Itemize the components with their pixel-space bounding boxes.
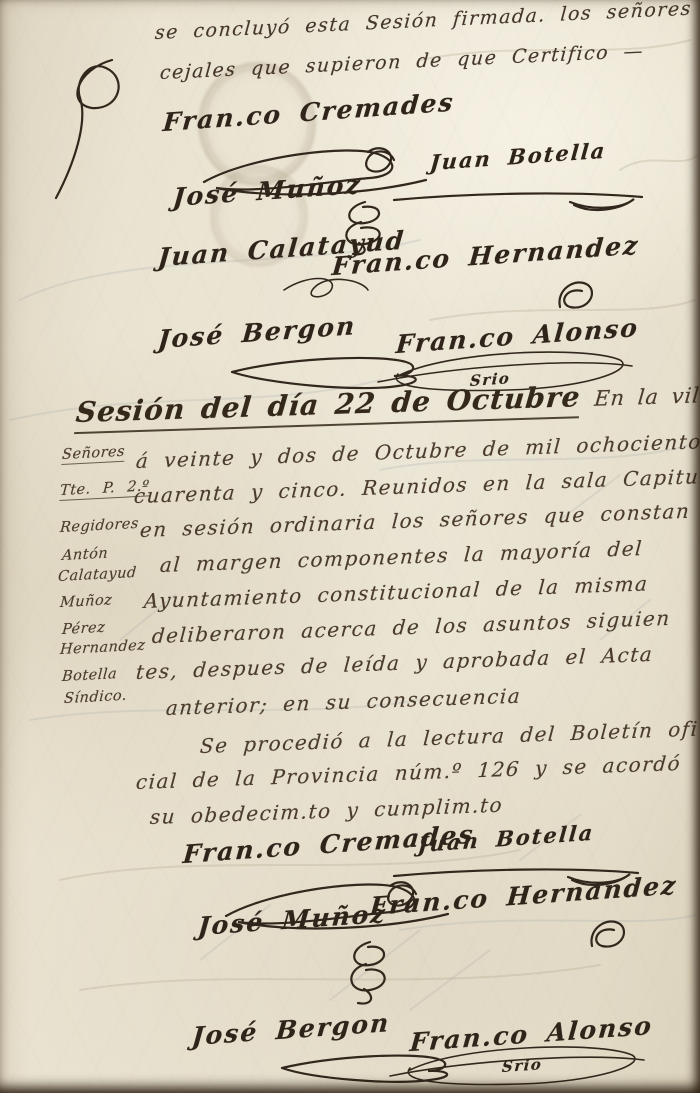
signature-flourish bbox=[330, 940, 400, 1006]
margin-note: Pérez bbox=[61, 620, 105, 638]
secretary-abbreviation-bottom: Srio bbox=[501, 1055, 543, 1076]
session-heading-continuation: En la villa de Aspe bbox=[593, 379, 700, 410]
margin-note: Señores bbox=[61, 444, 125, 465]
manuscript-page: se concluyó esta Sesión firmada. los señ… bbox=[0, 0, 700, 1093]
signature-flourish bbox=[552, 275, 602, 315]
margin-note: Síndico. bbox=[63, 688, 127, 707]
margin-note: Muñoz bbox=[59, 592, 112, 611]
signature-flourish bbox=[584, 914, 634, 954]
margin-note: Botella bbox=[61, 666, 117, 685]
margin-paraph-flourish bbox=[46, 52, 146, 202]
margin-note: Antón bbox=[61, 546, 108, 564]
signature-flourish bbox=[392, 188, 647, 214]
